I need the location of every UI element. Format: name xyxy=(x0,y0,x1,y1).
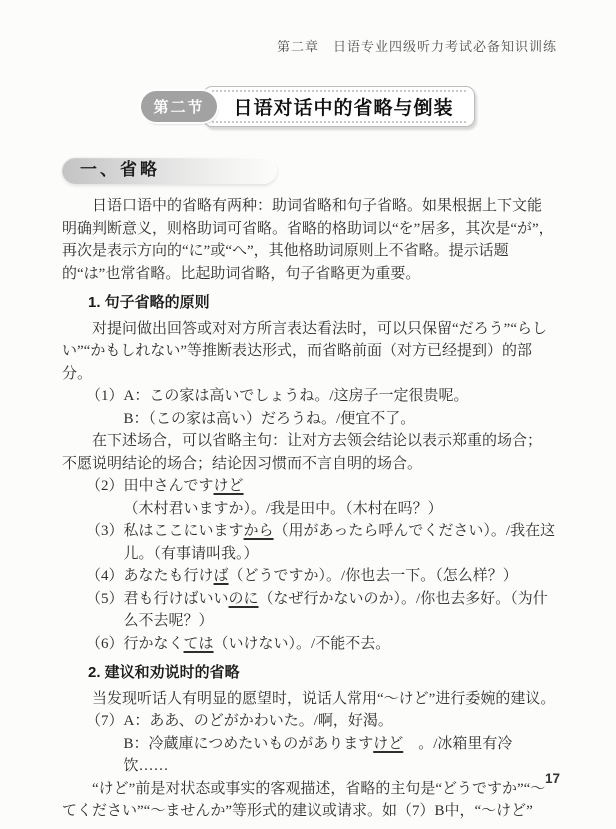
example-4-line: （4） あなたも行けば（どうですか）。/你也去一下。（怎么样？） xyxy=(86,565,556,588)
dialog-text: ああ、のどがかわいた。/啊，好渴。 xyxy=(149,713,393,729)
example-text: A：ああ、のどがかわいた。/啊，好渴。 xyxy=(124,710,556,733)
suggestion-paragraph: 当发现听话人有明显的愿望时，说话人常用“～けど”进行委婉的建议。 xyxy=(62,688,556,711)
example-6: （6） 行かなくては（いけない）。/不能不去。 xyxy=(86,633,556,656)
example-1-line-a: （1） A：この家は高いでしょうね。/这房子一定很贵呢。 xyxy=(86,385,556,408)
underlined-particle: ては xyxy=(184,636,214,652)
underlined-particle: から xyxy=(244,523,274,539)
text-pre: 君も行けばいい xyxy=(124,591,229,607)
section-number-badge: 第二节 xyxy=(141,91,216,122)
example-text: B：（この家は高い）だろうね。/便宜不了。 xyxy=(124,408,556,431)
speaker-label: B： xyxy=(124,736,149,752)
example-5-line: （5） 君も行けばいいのに（なぜ行かないのか）。/你也去多好。（为什么不去呢？） xyxy=(86,588,556,633)
example-text: 私はここにいますから（用があったら呼んでください）。/我在这儿。（有事请叫我。） xyxy=(124,520,556,565)
underlined-particle: のに xyxy=(229,591,259,607)
example-number: （4） xyxy=(86,565,124,588)
example-2-line: （2） 田中さんですけど（木村君いますか）。/我是田中。（木村在吗？） xyxy=(86,475,556,520)
text-pre: 私はここにいます xyxy=(124,523,244,539)
running-header: 第二章 日语专业四级听力考试必备知识训练 xyxy=(277,36,557,55)
example-5: （5） 君も行けばいいのに（なぜ行かないのか）。/你也去多好。（为什么不去呢？） xyxy=(86,588,556,633)
example-number: （5） xyxy=(86,588,124,633)
speaker-label: B： xyxy=(124,411,149,427)
example-number: （3） xyxy=(86,520,124,565)
cases-paragraph: 在下述场合，可以省略主句：让对方去领会结论以表示郑重的场合；不愿说明结论的场合；… xyxy=(62,430,556,475)
example-text: B：冷蔵庫につめたいものがありますけど 。/冰箱里有冷饮…… xyxy=(124,733,556,778)
text-pre: 冷蔵庫につめたいものがあります xyxy=(149,736,374,752)
example-3-line: （3） 私はここにいますから（用があったら呼んでください）。/我在这儿。（有事请… xyxy=(86,520,556,565)
example-text: あなたも行けば（どうですか）。/你也去一下。（怎么样？） xyxy=(124,565,556,588)
underlined-particle: けど xyxy=(373,736,403,752)
textbook-page: 第二章 日语专业四级听力考试必备知识训练 第二节 日语对话中的省略与倒装 一、省… xyxy=(0,0,616,829)
text-pre: あなたも行け xyxy=(124,568,214,584)
text-pre: 行かなく xyxy=(124,636,184,652)
example-text: A：この家は高いでしょうね。/这房子一定很贵呢。 xyxy=(124,385,556,408)
example-7-line-a: （7） A：ああ、のどがかわいた。/啊，好渴。 xyxy=(86,710,556,733)
text-post: （どうですか）。/你也去一下。（怎么样？） xyxy=(229,568,518,584)
example-text: 田中さんですけど（木村君いますか）。/我是田中。（木村在吗？） xyxy=(124,475,556,520)
example-number: （7） xyxy=(86,710,124,733)
section-title-block: 第二节 日语对话中的省略与倒装 xyxy=(0,86,616,127)
example-number: （6） xyxy=(86,633,124,656)
underlined-particle: けど xyxy=(214,478,244,494)
example-4: （4） あなたも行けば（どうですか）。/你也去一下。（怎么样？） xyxy=(86,565,556,588)
subheading-2: 2. 建议和劝说时的省略 xyxy=(88,662,556,685)
dialog-text: この家は高いでしょうね。/这房子一定很贵呢。 xyxy=(149,388,468,404)
section-title: 日语对话中的省略与倒装 xyxy=(203,86,475,127)
page-number: 17 xyxy=(545,771,560,786)
example-number: （1） xyxy=(86,385,124,408)
example-1-line-b: （1） B：（この家は高い）だろうね。/便宜不了。 xyxy=(86,408,556,431)
subheading-1: 1. 句子省略的原则 xyxy=(88,292,556,315)
text-pre: 田中さんです xyxy=(124,478,214,494)
intro-paragraph: 日语口语中的省略有两种：助词省略和句子省略。如果根据上下文能明确判断意义，则格助… xyxy=(62,195,556,285)
page-content: 一、省略 日语口语中的省略有两种：助词省略和句子省略。如果根据上下文能明确判断意… xyxy=(62,157,556,823)
speaker-label: A： xyxy=(124,713,150,729)
principle-paragraph: 对提问做出回答或对对方所言表达看法时，可以只保留“だろう”“らしい”“かもしれな… xyxy=(62,318,556,386)
dialog-text: （この家は高い）だろうね。/便宜不了。 xyxy=(149,411,416,427)
example-1: （1） A：この家は高いでしょうね。/这房子一定很贵呢。 （1） B：（この家は… xyxy=(86,385,556,430)
underlined-particle: ば xyxy=(214,568,229,584)
example-3: （3） 私はここにいますから（用があったら呼んでください）。/我在这儿。（有事请… xyxy=(86,520,556,565)
speaker-label: A： xyxy=(124,388,150,404)
example-2: （2） 田中さんですけど（木村君いますか）。/我是田中。（木村在吗？） xyxy=(86,475,556,520)
example-6-line: （6） 行かなくては（いけない）。/不能不去。 xyxy=(86,633,556,656)
closing-paragraph: “けど”前是对状态或事实的客观描述，省略的主句是“どうですか”“～てください”“… xyxy=(62,778,556,823)
heading-shouryaku: 一、省略 xyxy=(62,157,277,184)
example-text: 行かなくては（いけない）。/不能不去。 xyxy=(124,633,556,656)
example-number: （2） xyxy=(86,475,124,520)
example-7: （7） A：ああ、のどがかわいた。/啊，好渴。 （7） B：冷蔵庫につめたいもの… xyxy=(86,710,556,778)
example-text: 君も行けばいいのに（なぜ行かないのか）。/你也去多好。（为什么不去呢？） xyxy=(124,588,556,633)
text-post: （いけない）。/不能不去。 xyxy=(214,636,391,652)
text-post: （木村君いますか）。/我是田中。（木村在吗？） xyxy=(124,501,443,517)
example-7-line-b: （7） B：冷蔵庫につめたいものがありますけど 。/冰箱里有冷饮…… xyxy=(86,733,556,778)
